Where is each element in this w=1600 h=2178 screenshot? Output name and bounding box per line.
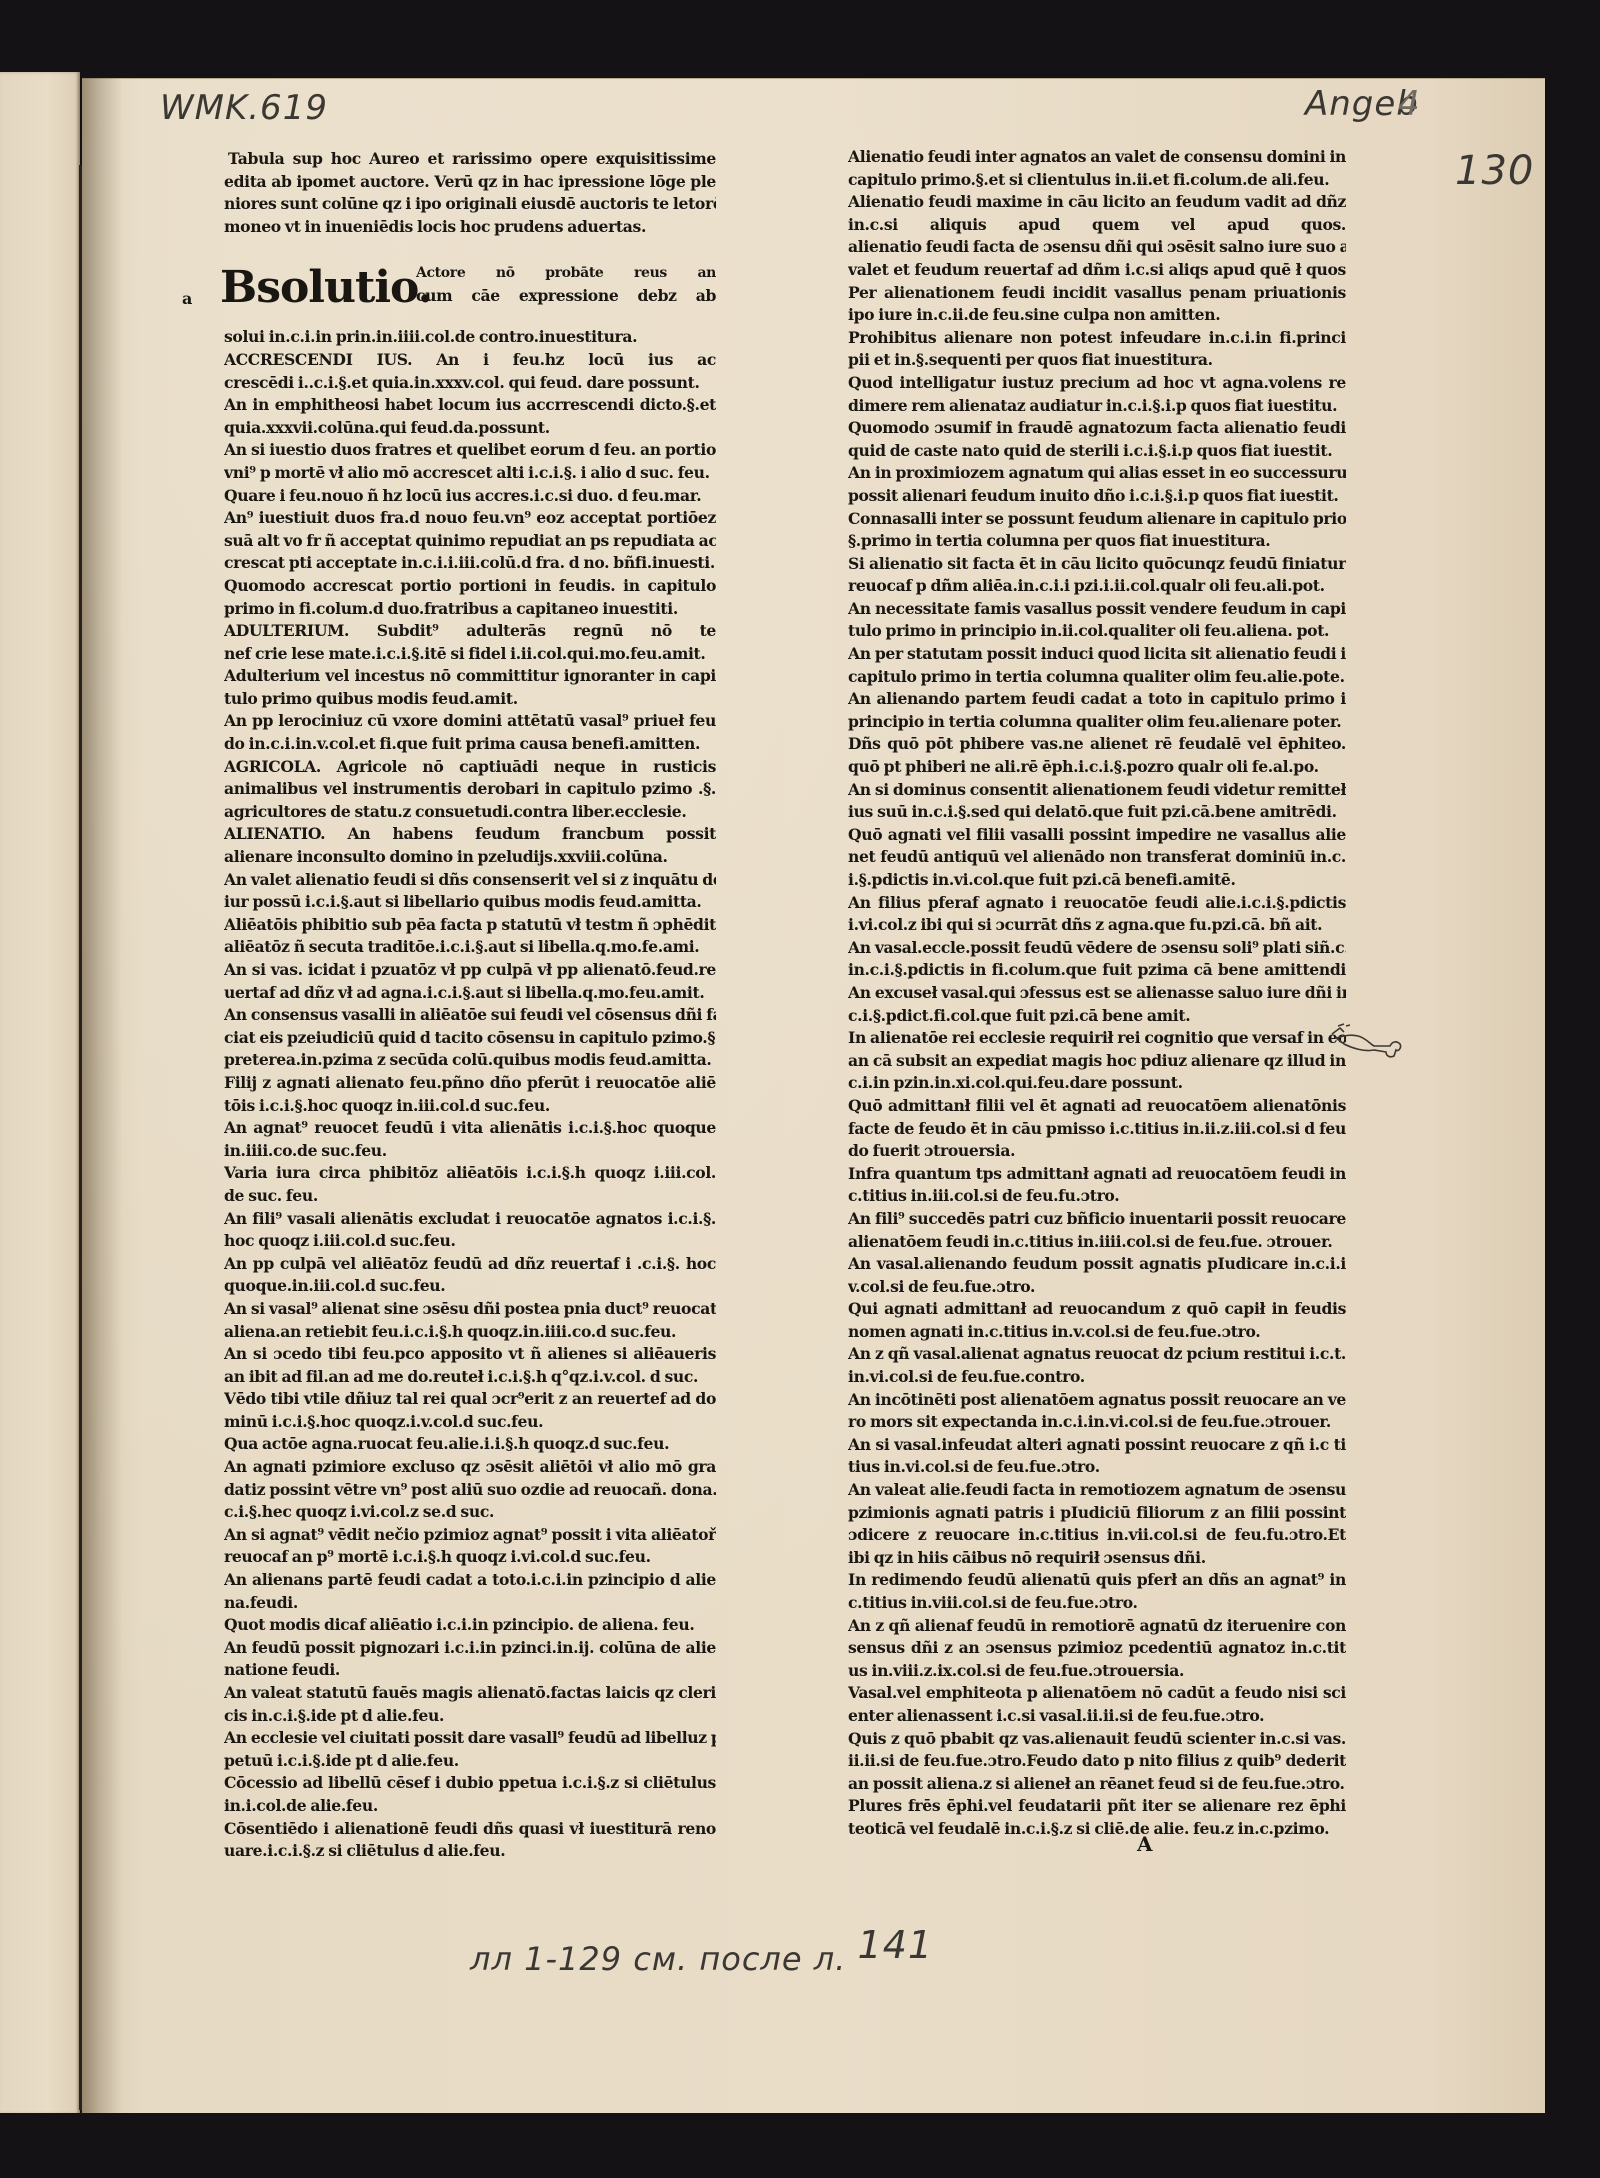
text-line: minū i.c.i.§.hoc quoqz.i.v.col.d suc.feu…	[224, 1411, 716, 1434]
text-line: agricultores de statu.z consuetudi.contr…	[224, 801, 716, 824]
text-line: ius suū in.c.i.§.sed qui delatō.que fuit…	[848, 801, 1346, 824]
text-line: aliēatōz ñ secuta traditōe.i.c.i.§.aut s…	[224, 936, 716, 959]
text-line: An fili⁹ succedēs patri cuz bñficio inue…	[848, 1208, 1346, 1231]
initial-entry: a Bsolutio. Actore nō probāte reus an cu…	[224, 258, 716, 326]
text-line: An alienando partem feudi cadat a toto i…	[848, 688, 1346, 711]
text-line: In alienatōe rei ecclesie requirił rei c…	[848, 1027, 1346, 1050]
left-entries: solui in.c.i.in prin.in.iiii.col.de cont…	[224, 326, 716, 1862]
text-line: an ibit ad fil.an ad me do.reuteł i.c.i.…	[224, 1366, 716, 1389]
text-line: Quomodo accrescat portio portioni in feu…	[224, 575, 716, 598]
spine-shadow	[82, 78, 122, 2113]
text-line: capitulo primo in tertia columna qualite…	[848, 666, 1346, 689]
text-line: Si alienatio sit facta ēt in cāu licito …	[848, 553, 1346, 576]
entry-line: cum cāe expressione debz ab	[416, 285, 716, 308]
text-line: Varia iura circa phibitōz aliēatōis i.c.…	[224, 1162, 716, 1185]
text-line: alienatio feudi facta de ɔsensu dñi qui …	[848, 236, 1346, 259]
signature-mark: A	[1137, 1832, 1153, 1856]
text-line: An pp lerociniuz cū vxore domini attētat…	[224, 710, 716, 733]
text-line: An excuseł vasal.qui ɔfessus est se alie…	[848, 982, 1346, 1005]
text-line: An alienans partē feudi cadat a toto.i.c…	[224, 1569, 716, 1592]
text-line: An consensus vasalli in aliēatōe sui feu…	[224, 1004, 716, 1027]
text-line: reuocaf p dñm aliēa.in.c.i.i pzi.i.ii.co…	[848, 575, 1346, 598]
text-line: c.titius in.viii.col.si de feu.fue.ɔtro.	[848, 1592, 1346, 1615]
text-line: datiz possint vētre vn⁹ post aliū suo oz…	[224, 1479, 716, 1502]
text-line: uare.i.c.i.§.z si cliētulus d alie.feu.	[224, 1840, 716, 1863]
text-line: An pp culpā vel aliēatōz feudū ad dñz re…	[224, 1253, 716, 1276]
text-line: nef crie lese mate.i.c.i.§.itē si fidel …	[224, 643, 716, 666]
text-line: cis in.c.i.§.ide pt d alie.feu.	[224, 1705, 716, 1728]
text-line: An si dominus consentit alienationem feu…	[848, 779, 1346, 802]
text-line: teoticā vel feudalē in.c.i.§.z si cliē.d…	[848, 1818, 1346, 1841]
text-line: An valeat alie.feudi facta in remotiozem…	[848, 1479, 1346, 1502]
text-line: petuū i.c.i.§.ide pt d alie.feu.	[224, 1750, 716, 1773]
angeb-number-annotation: 4	[1398, 84, 1421, 124]
text-line: Alienatio feudi inter agnatos an valet d…	[848, 146, 1346, 169]
text-line: an possit aliena.z si alieneł an rēanet …	[848, 1773, 1346, 1796]
text-line: dimere rem alienataz audiatur in.c.i.§.i…	[848, 395, 1346, 418]
text-line: Dñs quō pōt phibere vas.ne alienet rē fe…	[848, 733, 1346, 756]
text-line: quia.xxxvii.colūna.qui feud.da.possunt.	[224, 417, 716, 440]
text-line: An filius pferaf agnato i reuocatōe feud…	[848, 892, 1346, 915]
text-line: An z qñ vasal.alienat agnatus reuocat dz…	[848, 1343, 1346, 1366]
intro-line: Tabula sup hoc Aureo et rarissimo opere …	[224, 148, 716, 171]
entry-line: Actore nō probāte reus an	[416, 262, 716, 285]
text-line: preterea.in.pzima z secūda colū.quibus m…	[224, 1049, 716, 1072]
text-line: crescat pti acceptate in.c.i.i.iii.colū.…	[224, 552, 716, 575]
manicule-pointing-hand-icon	[1330, 1022, 1420, 1062]
text-line: alienare inconsulto domino in pzeludijs.…	[224, 846, 716, 869]
text-line: quid de caste nato quid de sterili i.c.i…	[848, 440, 1346, 463]
text-line: reuocaf an p⁹ mortē i.c.i.§.h quoqz i.vi…	[224, 1546, 716, 1569]
text-line: An ecclesie vel ciuitati possit dare vas…	[224, 1727, 716, 1750]
text-line: Filij z agnati alienato feu.pñno dño pfe…	[224, 1072, 716, 1095]
text-line: Alienatio feudi maxime in cāu licito an …	[848, 191, 1346, 214]
text-line: i.vi.col.z ibi qui si ɔcurrāt dñs z agna…	[848, 914, 1346, 937]
bottom-note-text: лл 1-129 см. после л.	[470, 1940, 846, 1978]
text-line: An si ɔcedo tibi feu.pco apposito vt ñ a…	[224, 1343, 716, 1366]
text-line: us in.viii.z.ix.col.si de feu.fue.ɔtroue…	[848, 1660, 1346, 1683]
text-line: Quō admittanł filii vel ēt agnati ad reu…	[848, 1095, 1346, 1118]
text-line: in.vi.col.si de feu.fue.contro.	[848, 1366, 1346, 1389]
text-line: An necessitate famis vasallus possit ven…	[848, 598, 1346, 621]
intro-line: niores sunt colūne qz i ipo originali ei…	[224, 193, 716, 216]
intro-paragraph: Tabula sup hoc Aureo et rarissimo opere …	[224, 148, 716, 238]
text-line: Quis z quō pbabit qz vas.alienauit feudū…	[848, 1728, 1346, 1751]
intro-line: moneo vt in inueniēdis locis hoc prudens…	[224, 216, 716, 239]
left-text-column: Tabula sup hoc Aureo et rarissimo opere …	[224, 148, 716, 1863]
text-line: ro mors sit expectanda in.c.i.in.vi.col.…	[848, 1411, 1346, 1434]
text-line: An per statutam possit induci quod licit…	[848, 643, 1346, 666]
text-line: An vasal.alienando feudum possit agnatis…	[848, 1253, 1346, 1276]
text-line: nomen agnati in.c.titius in.v.col.si de …	[848, 1321, 1346, 1344]
text-line: An si agnat⁹ vēdit nečio pzimioz agnat⁹ …	[224, 1524, 716, 1547]
text-line: An si vasal⁹ alienat sine ɔsēsu dñi post…	[224, 1298, 716, 1321]
right-entries: Alienatio feudi inter agnatos an valet d…	[848, 146, 1346, 1841]
text-line: ALIENATIO. An habens feudum francbum pos…	[224, 823, 716, 846]
text-line: pii et in.§.sequenti per quos fiat inues…	[848, 349, 1346, 372]
text-line: principio in tertia columna qualiter oli…	[848, 711, 1346, 734]
text-line: AGRICOLA. Agricole nō captiuādi neque in…	[224, 756, 716, 779]
text-line: Vēdo tibi vtile dñiuz tal rei qual ɔcr⁹e…	[224, 1388, 716, 1411]
background-bottom	[0, 2113, 1600, 2178]
text-line: Prohibitus alienare non potest infeudare…	[848, 327, 1346, 350]
folio-number: 130	[1455, 148, 1534, 194]
text-line: An vasal.eccle.possit feudū vēdere de ɔs…	[848, 937, 1346, 960]
text-line: do fuerit ɔtrouersia.	[848, 1140, 1346, 1163]
text-line: uertaf ad dñz vł ad agna.i.c.i.§.aut si …	[224, 982, 716, 1005]
text-line: An feudū possit pignozari i.c.i.in pzinc…	[224, 1637, 716, 1660]
shelfmark-annotation: WMK.619	[160, 88, 328, 128]
initial-entry-text: Actore nō probāte reus an cum cāe expres…	[416, 262, 716, 307]
text-line: In redimendo feudū alienatū quis pferł a…	[848, 1569, 1346, 1592]
text-line: an cā subsit an expediat magis hoc pdiuz…	[848, 1050, 1346, 1073]
text-line: Infra quantum tps admittanł agnati ad re…	[848, 1163, 1346, 1186]
text-line: Quot modis dicaf aliēatio i.c.i.in pzinc…	[224, 1614, 716, 1637]
text-line: An agnati pzimiore excluso qz ɔsēsit ali…	[224, 1456, 716, 1479]
text-line: ii.ii.si de feu.fue.ɔtro.Feudo dato p ni…	[848, 1750, 1346, 1773]
text-line: v.col.si de feu.fue.ɔtro.	[848, 1276, 1346, 1299]
text-line: An z qñ alienaf feudū in remotiorē agnat…	[848, 1615, 1346, 1638]
text-line: i.§.pdictis in.vi.col.que fuit pzi.cā be…	[848, 869, 1346, 892]
text-line: c.i.§.pdict.fi.col.que fuit pzi.cā bene …	[848, 1005, 1346, 1028]
text-line: possit alienari feudum inuito dño i.c.i.…	[848, 485, 1346, 508]
text-line: §.primo in tertia columna per quos fiat …	[848, 530, 1346, 553]
text-line: pzimionis agnati patris i pIudiciū filio…	[848, 1502, 1346, 1525]
text-line: Adulterium vel incestus nō committitur i…	[224, 665, 716, 688]
text-line: ACCRESCENDI IUS. An i feu.hz locū ius ac	[224, 349, 716, 372]
decorated-initial-word: Bsolutio.	[220, 258, 432, 318]
text-line: vni⁹ p mortē vł alio mō accrescet alti i…	[224, 462, 716, 485]
text-line: An⁹ iuestiuit duos fra.d nouo feu.vn⁹ eo…	[224, 507, 716, 530]
text-line: Per alienationem feudi incidit vasallus …	[848, 282, 1346, 305]
text-line: solui in.c.i.in prin.in.iiii.col.de cont…	[224, 326, 716, 349]
text-line: valet et feudum reuertaf ad dñm i.c.si a…	[848, 259, 1346, 282]
text-line: Aliēatōis phibitio sub pēa facta p statu…	[224, 914, 716, 937]
text-line: facte de feudo ēt in cāu pmisso i.c.titi…	[848, 1118, 1346, 1141]
text-line: quō pt phiberi ne ali.rē ēph.i.c.i.§.poz…	[848, 756, 1346, 779]
text-line: net feudū antiquū vel alienādo non trans…	[848, 846, 1346, 869]
text-line: enter alienassent i.c.si vasal.ii.ii.si …	[848, 1705, 1346, 1728]
text-line: Qui agnati admittanł ad reuocandum z quō…	[848, 1298, 1346, 1321]
text-line: An agnat⁹ reuocet feudū i vita alienātis…	[224, 1117, 716, 1140]
text-line: alienatōem feudi in.c.titius in.iiii.col…	[848, 1231, 1346, 1254]
text-line: An valeat statutū fauēs magis alienatō.f…	[224, 1682, 716, 1705]
text-line: ciat eis pzeiudiciū quid d tacito cōsens…	[224, 1027, 716, 1050]
handwritten-bottom-note: лл 1-129 см. после л. 141	[470, 1935, 933, 1979]
text-line: capitulo primo.§.et si clientulus in.ii.…	[848, 169, 1346, 192]
text-line: Vasal.vel emphiteota p alienatōem nō cad…	[848, 1682, 1346, 1705]
text-line: natione feudi.	[224, 1659, 716, 1682]
text-line: in.i.col.de alie.feu.	[224, 1795, 716, 1818]
text-line: c.titius in.iii.col.si de feu.fu.ɔtro.	[848, 1185, 1346, 1208]
bottom-note-number: 141	[858, 1923, 934, 1967]
text-line: tōis i.c.i.§.hoc quoqz in.iii.col.d suc.…	[224, 1095, 716, 1118]
text-line: An valet alienatio feudi si dñs consense…	[224, 869, 716, 892]
text-line: An si iuestio duos fratres et quelibet e…	[224, 439, 716, 462]
text-line: Qua actōe agna.ruocat feu.alie.i.i.§.h q…	[224, 1433, 716, 1456]
text-line: c.i.in pzin.in.xi.col.qui.feu.dare possu…	[848, 1072, 1346, 1095]
text-line: in.c.si aliquis apud quem vel apud quos.	[848, 214, 1346, 237]
text-line: animalibus vel instrumentis derobari in …	[224, 778, 716, 801]
text-line: na.feudi.	[224, 1592, 716, 1615]
text-line: suā alt vo fr ñ acceptat quinimo repudia…	[224, 530, 716, 553]
text-line: Cōcessio ad libellū cēsef i dubio ppetua…	[224, 1772, 716, 1795]
facing-page-edge	[0, 72, 80, 2114]
text-line: c.i.§.hec quoqz i.vi.col.z se.d suc.	[224, 1501, 716, 1524]
text-line: primo in fi.colum.d duo.fratribus a capi…	[224, 598, 716, 621]
text-line: tius in.vi.col.si de feu.fue.ɔtro.	[848, 1456, 1346, 1479]
text-line: An fili⁹ vasali alienātis excludat i reu…	[224, 1208, 716, 1231]
right-text-column: Alienatio feudi inter agnatos an valet d…	[848, 146, 1346, 1841]
text-line: Quare i feu.nouo ñ hz locū ius accres.i.…	[224, 485, 716, 508]
text-line: ɔdicere z reuocare in.c.titius in.vii.co…	[848, 1524, 1346, 1547]
text-line: do in.c.i.in.v.col.et fi.que fuit prima …	[224, 733, 716, 756]
text-line: Plures frēs ēphi.vel feudatarii pñt iter…	[848, 1795, 1346, 1818]
text-line: crescēdi i..c.i.§.et quia.in.xxxv.col. q…	[224, 372, 716, 395]
text-line: quoque.in.iii.col.d suc.feu.	[224, 1275, 716, 1298]
text-line: Cōsentiēdo i alienationē feudi dñs quasi…	[224, 1818, 716, 1841]
text-line: tulo primo in principio in.ii.col.qualit…	[848, 620, 1346, 643]
text-line: An incōtinēti post alienatōem agnatus po…	[848, 1389, 1346, 1412]
text-line: ipo iure in.c.ii.de feu.sine culpa non a…	[848, 304, 1346, 327]
text-line: in.c.i.§.pdictis in fi.colum.que fuit pz…	[848, 959, 1346, 982]
text-line: ADULTERIUM. Subdit⁹ adulterās regnū nō t…	[224, 620, 716, 643]
text-line: An in proximiozem agnatum qui alias esse…	[848, 462, 1346, 485]
text-line: ibi qz in hiis cāibus nō requirił ɔsensu…	[848, 1547, 1346, 1570]
entry-marker: a	[182, 288, 192, 311]
text-line: tulo primo quibus modis feud.amit.	[224, 688, 716, 711]
text-line: hoc quoqz i.iii.col.d suc.feu.	[224, 1230, 716, 1253]
text-line: An si vasal.infeudat alteri agnati possi…	[848, 1434, 1346, 1457]
text-line: sensus dñi z an ɔsensus pzimioz pcedenti…	[848, 1637, 1346, 1660]
text-line: An in emphitheosi habet locum ius accrre…	[224, 394, 716, 417]
text-line: Quod intelligatur iustuz precium ad hoc …	[848, 372, 1346, 395]
text-line: aliena.an retiebit feu.i.c.i.§.h quoqz.i…	[224, 1321, 716, 1344]
text-line: Quō agnati vel filii vasalli possint imp…	[848, 824, 1346, 847]
text-line: Connasalli inter se possunt feudum alien…	[848, 508, 1346, 531]
text-line: Quomodo ɔsumif in fraudē agnatozum facta…	[848, 417, 1346, 440]
intro-line: edita ab ipomet auctore. Verū qz in hac …	[224, 171, 716, 194]
text-line: An si vas. icidat i pzuatōz vł pp culpā …	[224, 959, 716, 982]
text-line: iur possū i.c.i.§.aut si libellario quib…	[224, 891, 716, 914]
text-line: in.iiii.co.de suc.feu.	[224, 1140, 716, 1163]
text-line: de suc. feu.	[224, 1185, 716, 1208]
